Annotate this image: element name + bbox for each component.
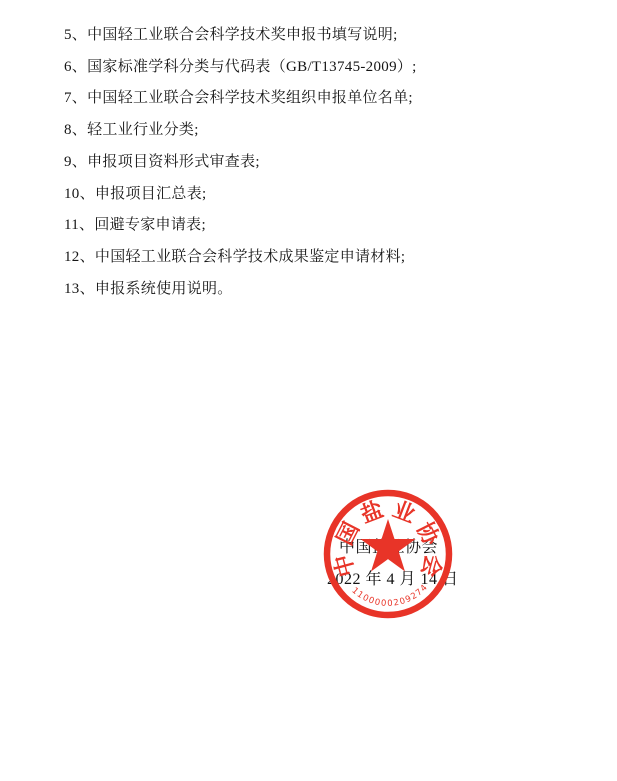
signature-block: 中国盐业协会 2022 年 4 月 14 日	[0, 0, 617, 781]
seal-ring-char-1: 中	[330, 552, 360, 580]
official-seal: 中 国 盐 业 协 会 1100000209274	[321, 487, 455, 621]
seal-ring-char-6: 会	[417, 552, 447, 580]
document-page: 5、中国轻工业联合会科学技术奖申报书填写说明; 6、国家标准学科分类与代码表（G…	[0, 0, 617, 781]
seal-star-icon	[360, 519, 415, 572]
